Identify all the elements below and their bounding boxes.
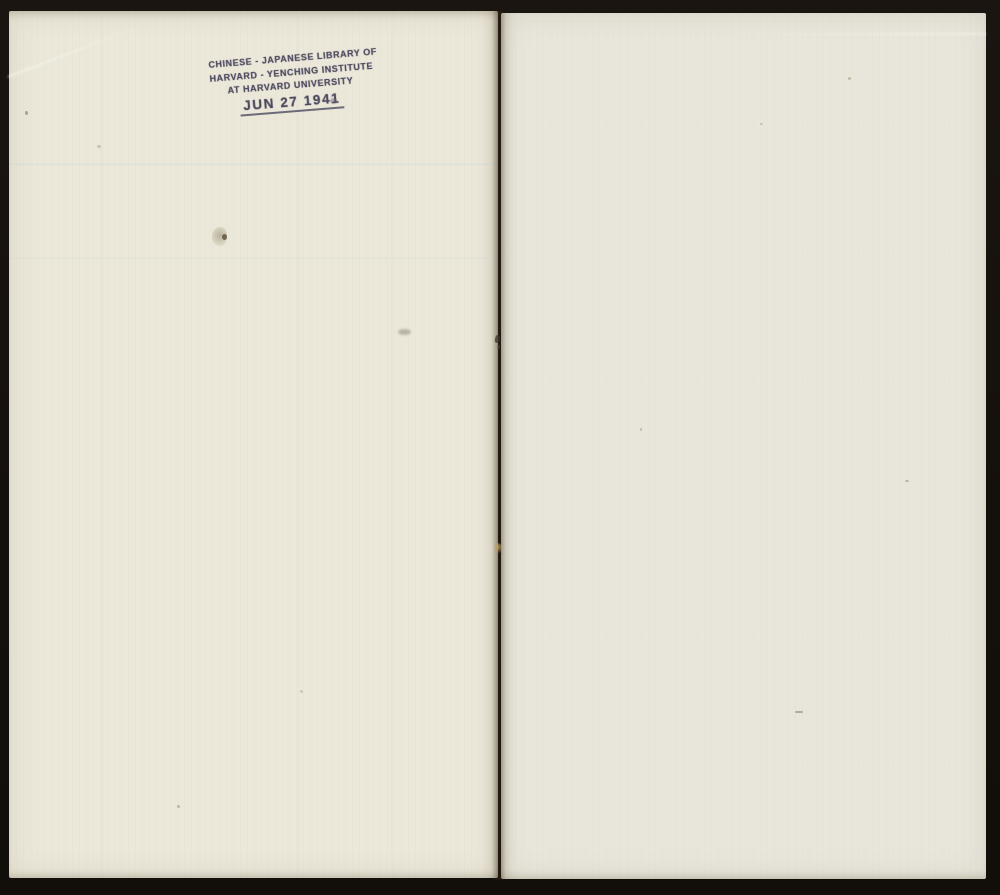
book-spine-gutter xyxy=(492,11,506,880)
left-page: CHINESE - JAPANESE LIBRARY OF HARVARD - … xyxy=(9,11,498,878)
library-stamp: CHINESE - JAPANESE LIBRARY OF HARVARD - … xyxy=(208,46,372,118)
corner-fold-crease xyxy=(8,22,149,78)
right-page xyxy=(501,13,986,879)
book-scan: CHINESE - JAPANESE LIBRARY OF HARVARD - … xyxy=(0,0,1000,895)
top-edge-fold-highlight xyxy=(686,33,986,35)
